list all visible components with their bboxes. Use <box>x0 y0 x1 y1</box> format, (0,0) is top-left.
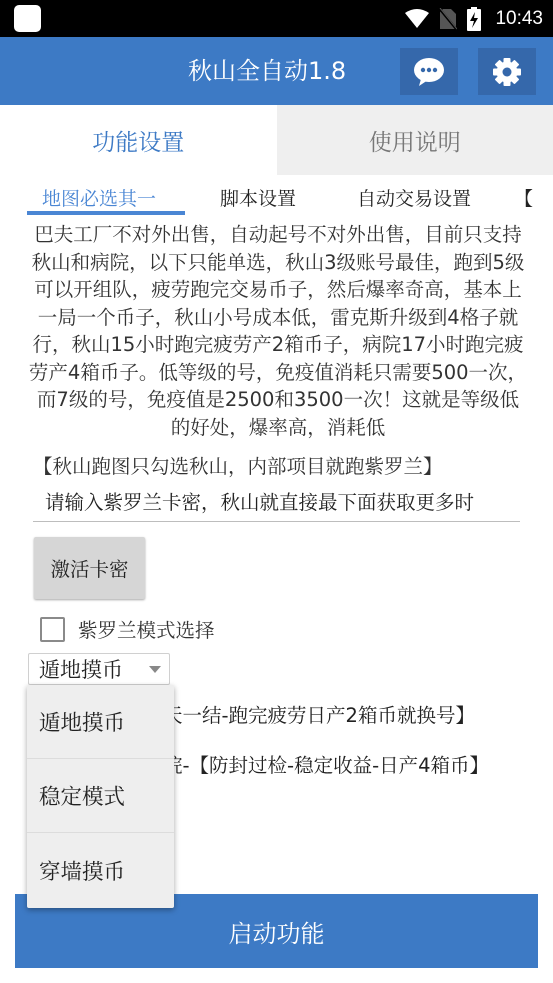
card-key-input[interactable] <box>33 484 520 522</box>
gear-icon <box>492 57 522 87</box>
system-icons: 10:43 <box>405 0 543 37</box>
dropdown-option-wallpass[interactable]: 穿墙摸币 <box>27 833 174 907</box>
note-text: 【秋山跑图只勾选秋山，内部项目就跑紫罗兰】 <box>33 451 443 479</box>
subtab-script-settings[interactable]: 脚本设置 <box>220 184 296 211</box>
status-bar: 10:43 <box>0 0 553 37</box>
active-tab-indicator <box>27 211 185 215</box>
subtab-more[interactable]: 【 <box>514 184 533 211</box>
mode-description-1: 天一结-跑完疲劳日产2箱币就换号】 <box>163 700 475 728</box>
settings-button[interactable] <box>478 48 536 95</box>
top-tabs: 功能设置 使用说明 <box>0 105 553 175</box>
tab-function-settings[interactable]: 功能设置 <box>0 105 277 175</box>
mode-dropdown-menu: 遁地摸币 稳定模式 穿墙摸币 <box>27 685 174 908</box>
violet-mode-label: 紫罗兰模式选择 <box>78 615 215 643</box>
violet-mode-checkbox-row[interactable]: 紫罗兰模式选择 <box>40 615 215 643</box>
mode-description-2: 院-【防封过检-稳定收益-日产4箱币】 <box>163 750 489 778</box>
sub-tabs: 地图必选其一 脚本设置 自动交易设置 【 <box>0 175 553 217</box>
no-sim-icon <box>439 8 457 30</box>
app-notification-icon <box>14 5 41 32</box>
app-bar: 秋山全自动1.8 <box>0 37 553 105</box>
description-text: 巴夫工厂不对外出售，自动起号不对外出售，目前只支持秋山和病院，以下只能单选，秋山… <box>28 221 528 441</box>
clock: 10:43 <box>495 8 543 30</box>
dropdown-option-dundi[interactable]: 遁地摸币 <box>27 685 174 759</box>
dropdown-arrow-icon <box>149 666 161 673</box>
subtab-auto-trade-settings[interactable]: 自动交易设置 <box>357 184 471 211</box>
tab-usage-instructions[interactable]: 使用说明 <box>277 105 553 175</box>
chat-icon <box>413 57 445 87</box>
subtab-map-select[interactable]: 地图必选其一 <box>42 184 156 211</box>
app-title: 秋山全自动1.8 <box>0 37 553 105</box>
violet-mode-checkbox[interactable] <box>40 617 65 642</box>
dropdown-option-stable[interactable]: 稳定模式 <box>27 759 174 833</box>
spinner-selected-value: 遁地摸币 <box>39 654 123 684</box>
mode-spinner[interactable]: 遁地摸币 <box>28 653 170 685</box>
wifi-icon <box>405 9 429 29</box>
battery-charging-icon <box>467 7 481 31</box>
chat-button[interactable] <box>400 48 458 95</box>
activate-card-button[interactable]: 激活卡密 <box>34 537 145 599</box>
